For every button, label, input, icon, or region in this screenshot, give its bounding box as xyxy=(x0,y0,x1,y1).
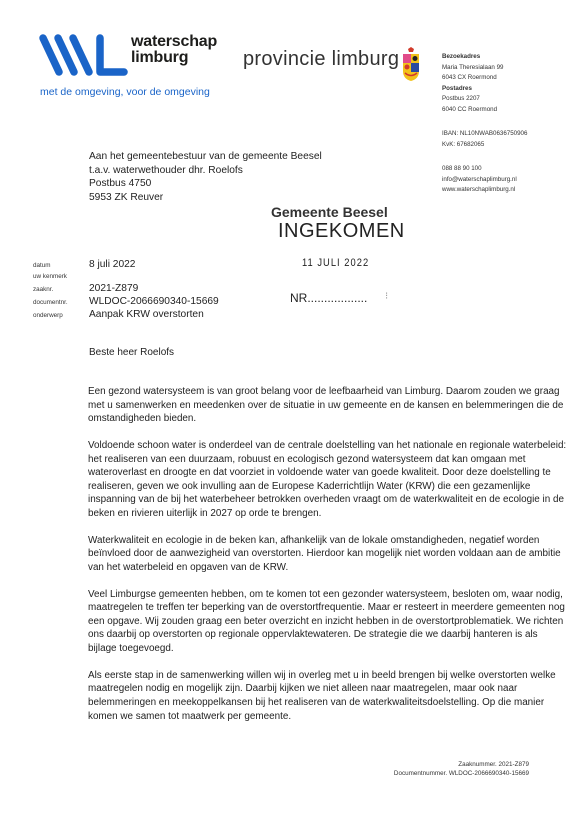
body-paragraph: Als eerste stap in de samenwerking wille… xyxy=(88,669,568,723)
post-address-city: 6040 CC Roermond xyxy=(442,105,503,116)
kvk: KvK: 67682065 xyxy=(442,140,527,151)
meta-value: 2021-Z879 xyxy=(89,283,138,294)
meta-label: zaaknr. xyxy=(33,286,53,293)
stamp-mark-icon: ⁝ xyxy=(385,291,388,302)
provincie-name: provincie limburg xyxy=(243,48,399,71)
contact-addresses: Bezoekadres Maria Theresialaan 99 6043 C… xyxy=(442,52,503,116)
meta-label: onderwerp xyxy=(33,312,63,319)
body-paragraph: Veel Limburgse gemeenten hebben, om te k… xyxy=(88,588,568,656)
waterschap-name-line1: waterschap xyxy=(131,34,217,50)
stamp-date: 11 JULI 2022 xyxy=(302,257,369,269)
email-link[interactable]: info@waterschaplimburg.nl xyxy=(442,175,517,186)
meta-value: 8 juli 2022 xyxy=(89,259,135,270)
waterschap-name-line2: limburg xyxy=(131,50,217,66)
visit-address-city: 6043 CX Roermond xyxy=(442,73,503,84)
meta-label: datum xyxy=(33,262,51,269)
meta-value: Aanpak KRW overstorten xyxy=(89,309,204,320)
footer-documentnummer: Documentnummer. WLDOC-2066690340-15669 xyxy=(394,769,529,778)
page-footer: Zaaknummer. 2021-Z879 Documentnummer. WL… xyxy=(394,760,529,778)
waterschap-name: waterschap limburg xyxy=(131,34,217,66)
post-address-label: Postadres xyxy=(442,84,503,95)
recipient-line4: 5953 ZK Reuver xyxy=(89,191,322,205)
recipient-line2: t.a.v. waterwethouder dhr. Roelofs xyxy=(89,164,322,178)
iban: IBAN: NL10NWAB0636750906 xyxy=(442,129,527,140)
waterschap-tagline: met de omgeving, voor de omgeving xyxy=(40,86,210,98)
letter-body: Een gezond watersysteem is van groot bel… xyxy=(88,385,568,736)
visit-address-street: Maria Theresialaan 99 xyxy=(442,63,503,74)
recipient-address: Aan het gemeentebestuur van de gemeente … xyxy=(89,150,322,204)
recipient-line1: Aan het gemeentebestuur van de gemeente … xyxy=(89,150,322,164)
body-paragraph: Voldoende schoon water is onderdeel van … xyxy=(88,439,568,521)
meta-value: WLDOC-2066690340-15669 xyxy=(89,296,219,307)
visit-address-label: Bezoekadres xyxy=(442,52,503,63)
meta-label: documentnr. xyxy=(33,299,68,306)
contact-details: 088 88 90 100 info@waterschaplimburg.nl … xyxy=(442,164,517,196)
stamp-received: INGEKOMEN xyxy=(278,220,405,243)
coat-of-arms-icon xyxy=(400,47,422,82)
bank-details: IBAN: NL10NWAB0636750906 KvK: 67682065 xyxy=(442,129,527,150)
website-link[interactable]: www.waterschaplimburg.nl xyxy=(442,185,517,196)
waterschap-limburg-logo-icon xyxy=(38,32,128,78)
phone: 088 88 90 100 xyxy=(442,164,517,175)
stamp-number: NR.................. xyxy=(290,291,367,305)
stamp-municipality: Gemeente Beesel xyxy=(271,204,388,220)
footer-zaaknummer: Zaaknummer. 2021-Z879 xyxy=(394,760,529,769)
body-paragraph: Waterkwaliteit en ecologie in de beken k… xyxy=(88,534,568,575)
body-paragraph: Een gezond watersysteem is van groot bel… xyxy=(88,385,568,426)
recipient-line3: Postbus 4750 xyxy=(89,177,322,191)
greeting: Beste heer Roelofs xyxy=(89,347,174,358)
meta-label: uw kenmerk xyxy=(33,273,67,280)
post-address-box: Postbus 2207 xyxy=(442,94,503,105)
